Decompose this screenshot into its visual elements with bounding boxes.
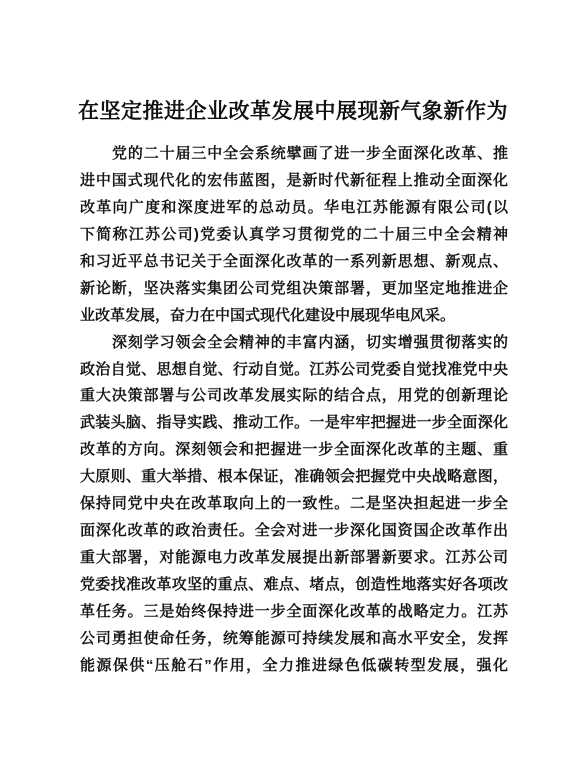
text-line: 改革的方向。深刻领会和把握进一步全面深化改革的主题、重 (80, 437, 508, 464)
document-page: 在坚定推进企业改革发展中展现新气象新作为 党的二十届三中全会系统擘画了进一步全面… (0, 0, 586, 759)
text-line: 下简称江苏公司)党委认真学习贯彻党的二十届三中全会精神 (80, 222, 508, 249)
text-line: 公司勇担使命任务，统筹能源可持续发展和高水平安全，发挥 (80, 626, 508, 653)
text-line: 面深化改革的政治责任。全会对进一步深化国资国企改革作出 (80, 518, 508, 545)
text-line: 和习近平总书记关于全面深化改革的一系列新思想、新观点、 (80, 249, 508, 276)
text-line: 改革向广度和深度进军的总动员。华电江苏能源有限公司(以 (80, 195, 508, 222)
text-line: 深刻学习领会全会精神的丰富内涵，切实增强贯彻落实的 (80, 330, 508, 357)
text-line: 重大决策部署与公司改革发展实际的结合点，用党的创新理论 (80, 383, 508, 410)
text-line: 党委找准改革攻坚的重点、难点、堵点，创造性地落实好各项改 (80, 572, 508, 599)
text-line: 大原则、重大举措、根本保证，准确领会把握党中央战略意图， (80, 464, 508, 491)
text-line: 党的二十届三中全会系统擘画了进一步全面深化改革、推 (80, 141, 508, 168)
paragraph: 党的二十届三中全会系统擘画了进一步全面深化改革、推 进中国式现代化的宏伟蓝图，是… (80, 141, 508, 330)
paragraph: 深刻学习领会全会精神的丰富内涵，切实增强贯彻落实的 政治自觉、思想自觉、行动自觉… (80, 330, 508, 680)
text-line: 革任务。三是始终保持进一步全面深化改革的战略定力。江苏 (80, 599, 508, 626)
document-title: 在坚定推进企业改革发展中展现新气象新作为 (0, 97, 586, 127)
text-line: 能源保供“压舱石”作用，全力推进绿色低碳转型发展，强化 (80, 653, 508, 680)
text-line: 业改革发展，奋力在中国式现代化建设中展现华电风采。 (80, 303, 508, 330)
text-line: 武装头脑、指导实践、推动工作。一是牢牢把握进一步全面深化 (80, 410, 508, 437)
text-line: 政治自觉、思想自觉、行动自觉。江苏公司党委自觉找准党中央 (80, 357, 508, 384)
text-line: 新论断，坚决落实集团公司党组决策部署，更加坚定地推进企 (80, 276, 508, 303)
document-body: 党的二十届三中全会系统擘画了进一步全面深化改革、推 进中国式现代化的宏伟蓝图，是… (80, 141, 508, 680)
text-line: 重大部署，对能源电力改革发展提出新部署新要求。江苏公司 (80, 545, 508, 572)
text-line: 保持同党中央在改革取向上的一致性。二是坚决担起进一步全 (80, 491, 508, 518)
text-line: 进中国式现代化的宏伟蓝图，是新时代新征程上推动全面深化 (80, 168, 508, 195)
